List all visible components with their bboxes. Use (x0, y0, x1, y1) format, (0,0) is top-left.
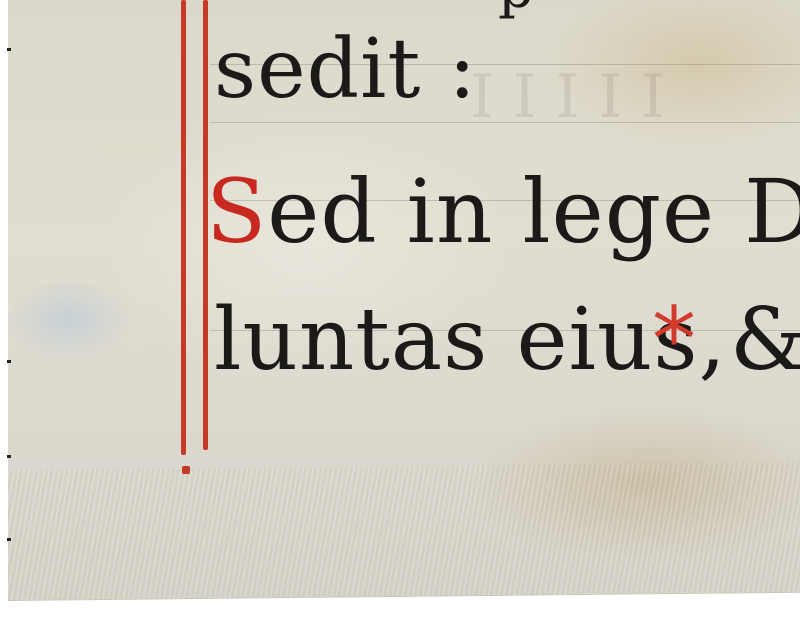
edge-stitch-mark (7, 538, 11, 541)
red-asterisk-rubric: * (652, 288, 696, 391)
text-line-3: luntas eius, (214, 290, 727, 390)
edge-stitch-mark (7, 48, 11, 51)
text-line-1: sedit : (214, 22, 477, 117)
show-through-text: I I I I I (470, 62, 665, 132)
red-rule-terminal-dot (182, 466, 190, 474)
text-line-3-body: luntas eius, (214, 290, 727, 390)
text-line-2-body: ed in lege Dom (267, 160, 800, 263)
ampersand: & (730, 290, 800, 390)
edge-stitch-mark (7, 360, 11, 363)
text-line-2: Sed in lege Dom (206, 160, 800, 263)
partial-glyph-top: p (498, 0, 535, 21)
rubricated-initial: S (206, 160, 267, 263)
edge-stitch-mark (7, 455, 11, 458)
red-margin-rule-left (181, 0, 186, 455)
